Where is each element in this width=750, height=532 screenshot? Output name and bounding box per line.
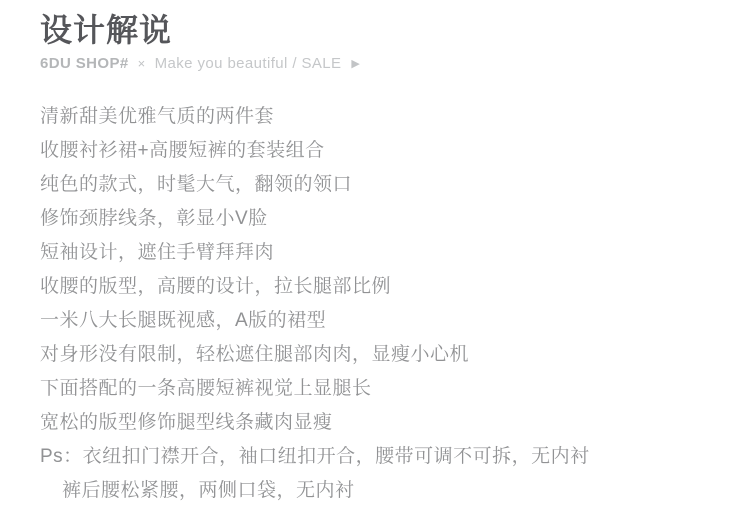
body-line: Ps：衣纽扣门襟开合，袖口纽扣开合，腰带可调不可拆，无内衬 <box>40 440 720 474</box>
design-notes-page: 设计解说 6DU SHOP# × Make you beautiful / SA… <box>0 12 750 508</box>
body-line: 裤后腰松紧腰，两侧口袋，无内衬 <box>40 474 720 508</box>
shop-tagline: Make you beautiful / SALE <box>155 56 342 72</box>
body-line: 收腰的版型，高腰的设计，拉长腿部比例 <box>40 270 720 304</box>
body-line: 一米八大长腿既视感，A版的裙型 <box>40 304 720 338</box>
shop-brand-label: 6DU SHOP# <box>40 56 129 72</box>
body-line: 纯色的款式，时髦大气，翻领的领口 <box>40 168 720 202</box>
body-line: 对身形没有限制，轻松遮住腿部肉肉，显瘦小心机 <box>40 338 720 372</box>
shop-subtitle: 6DU SHOP# × Make you beautiful / SALE ▶ <box>40 56 720 72</box>
arrow-right-icon: ▶ <box>351 56 360 72</box>
body-line: 收腰衬衫裙+高腰短裤的套装组合 <box>40 134 720 168</box>
page-title: 设计解说 <box>40 12 720 48</box>
multiply-separator: × <box>138 56 146 72</box>
body-line: 清新甜美优雅气质的两件套 <box>40 100 720 134</box>
body-line: 短袖设计，遮住手臂拜拜肉 <box>40 236 720 270</box>
body-line: 修饰颈脖线条，彰显小V脸 <box>40 202 720 236</box>
product-description: 清新甜美优雅气质的两件套 收腰衬衫裙+高腰短裤的套装组合 纯色的款式，时髦大气，… <box>40 100 720 508</box>
body-line: 下面搭配的一条高腰短裤视觉上显腿长 <box>40 372 720 406</box>
body-line: 宽松的版型修饰腿型线条藏肉显瘦 <box>40 406 720 440</box>
